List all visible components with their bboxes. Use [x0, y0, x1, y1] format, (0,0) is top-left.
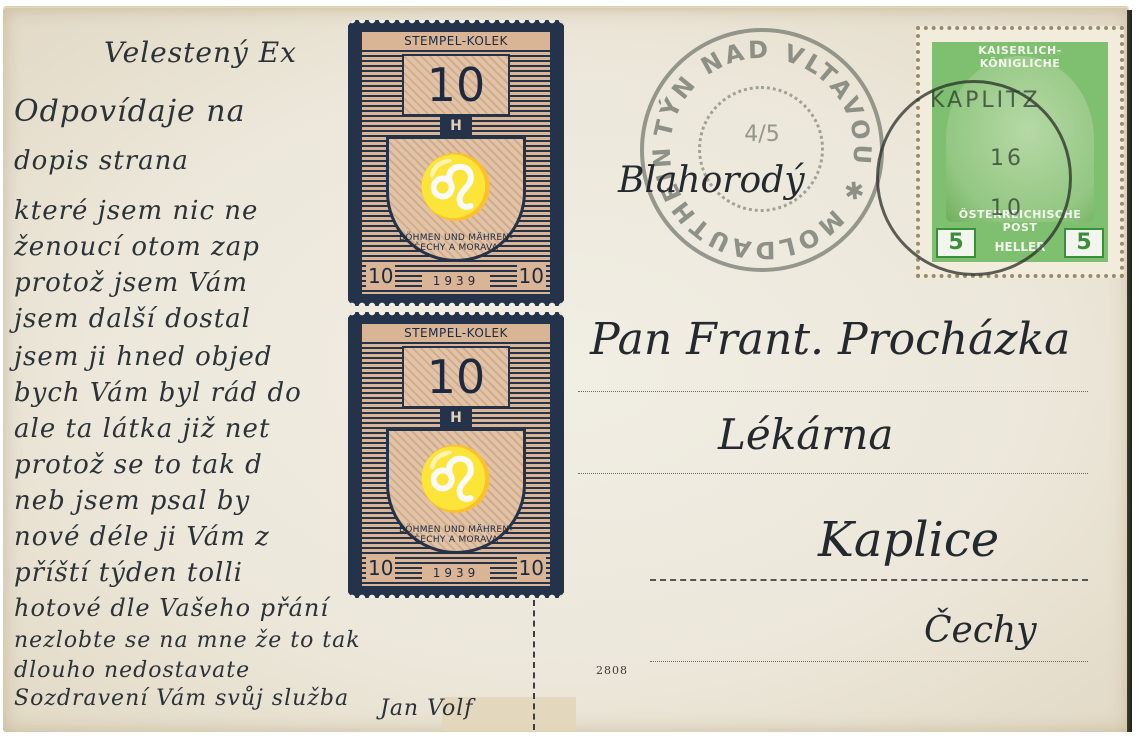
stamp-year: 1939 — [422, 274, 490, 288]
divider-line — [533, 600, 535, 730]
stamp-value-right: 5 — [1064, 228, 1104, 258]
letter-line: bych Vám byl rád do — [14, 378, 302, 408]
letter-line: nové déle ji Vám z — [14, 522, 270, 552]
address-name: Pan Frant. Procházka — [590, 314, 1070, 365]
stamp-corner-value: 10 — [366, 264, 395, 288]
stamp-year: 1939 — [422, 566, 490, 580]
letter-line: ženoucí otom zap — [14, 232, 260, 262]
stamp-country: BÖHMEN UND MÄHREN-ČECHY A MORAVA — [389, 233, 523, 253]
stamp-legend-top: KAISERLICH-KÖNIGLICHE — [940, 44, 1100, 70]
stamp-corner-value: 10 — [517, 264, 546, 288]
revenue-stamp: STEMPEL-KOLEK 10 H ♌ BÖHMEN UND MÄHREN-Č… — [348, 20, 564, 306]
letter-line: dlouho nedostavate — [14, 658, 250, 683]
address-line-3: Kaplice — [818, 512, 999, 568]
letter-line: Velestený Ex — [104, 36, 297, 69]
letter-line: jsem další dostal — [14, 304, 251, 334]
letter-line: příští týden tolli — [14, 558, 243, 588]
address-line — [650, 661, 1088, 662]
letter-line: dopis strana — [14, 146, 189, 176]
stamp-design: STEMPEL-KOLEK 10 H ♌ BÖHMEN UND MÄHREN-Č… — [362, 324, 550, 586]
stamp-value: 10 — [402, 54, 510, 116]
postcard-right-edge — [1127, 10, 1132, 732]
stamp-unit: H — [440, 116, 472, 136]
stamp-value: 10 — [402, 346, 510, 408]
address-line-2: Lékárna — [718, 410, 893, 459]
coat-of-arms: ♌ BÖHMEN UND MÄHREN-ČECHY A MORAVA — [386, 136, 526, 262]
print-number: 2808 — [596, 664, 628, 677]
letter-line: Sozdravení Vám svůj služba — [14, 686, 349, 711]
address-line — [650, 579, 1088, 581]
lion-icon: ♌ — [417, 157, 494, 219]
letter-line: hotové dle Vašeho přání — [14, 594, 329, 622]
cancel-year: 10 — [990, 196, 1024, 221]
postmark: TÝN NAD VLTAVOU ✱ MOLDAUTHEIN ✱ 4/5 — [640, 28, 884, 272]
address-line — [578, 473, 1088, 474]
stamp-header: STEMPEL-KOLEK — [362, 32, 550, 50]
address-salutation: Blahorodý — [618, 160, 805, 201]
address-line-4: Čechy — [924, 610, 1037, 651]
stamp-header: STEMPEL-KOLEK — [362, 324, 550, 342]
letter-line: které jsem nic ne — [14, 196, 258, 226]
cancel-day: 16 — [990, 146, 1024, 171]
letter-line: protož jsem Vám — [14, 268, 248, 298]
lion-icon: ♌ — [417, 449, 494, 511]
letter-line: protož se to tak d — [14, 450, 263, 480]
signature: Jan Volf — [380, 696, 473, 721]
letter-line: ale ta látka již net — [14, 414, 270, 444]
address-line — [578, 391, 1088, 392]
revenue-stamp: STEMPEL-KOLEK 10 H ♌ BÖHMEN UND MÄHREN-Č… — [348, 312, 564, 598]
stamp-corner-value: 10 — [517, 556, 546, 580]
postcard-top-edge — [3, 6, 1129, 12]
postmark-date: 4/5 — [644, 122, 880, 147]
stamp-unit: H — [440, 408, 472, 428]
stamp-country: BÖHMEN UND MÄHREN-ČECHY A MORAVA — [389, 525, 523, 545]
stamp-design: STEMPEL-KOLEK 10 H ♌ BÖHMEN UND MÄHREN-Č… — [362, 32, 550, 294]
letter-line: nezlobte se na mne že to tak — [14, 628, 361, 653]
stamp-corner-value: 10 — [366, 556, 395, 580]
letter-line: neb jsem psal by — [14, 486, 250, 516]
letter-line: jsem ji hned objed — [14, 342, 273, 372]
cancel-town: KAPLITZ — [930, 88, 1041, 113]
letter-line: Odpovídaje na — [14, 94, 246, 129]
coat-of-arms: ♌ BÖHMEN UND MÄHREN-ČECHY A MORAVA — [386, 428, 526, 554]
